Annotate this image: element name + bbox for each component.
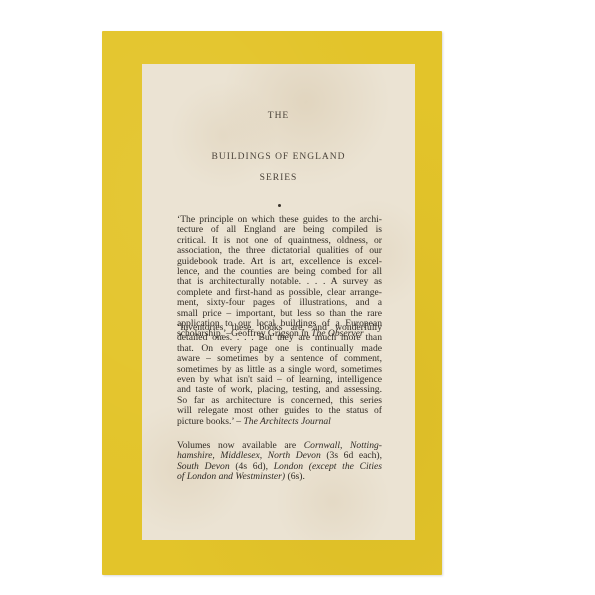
series-title-the: THE bbox=[142, 111, 415, 121]
price: (4s 6d), bbox=[230, 461, 274, 472]
volume-titles: of London and Westminster) bbox=[177, 471, 285, 482]
attribution-prefix: picture books.’ – bbox=[177, 416, 243, 427]
source-title: The Architects Journal bbox=[243, 416, 330, 427]
text-panel: THE BUILDINGS OF ENGLAND SERIES ‘The pri… bbox=[142, 64, 415, 540]
series-title-series: SERIES bbox=[142, 173, 415, 183]
price: (6s). bbox=[285, 471, 305, 482]
text-line: of London and Westminster) (6s). bbox=[177, 472, 382, 482]
volume-titles: South Devon bbox=[177, 461, 230, 472]
volumes-available: Volumes now available are Cornwall, Nott… bbox=[177, 441, 382, 483]
series-title-main: BUILDINGS OF ENGLAND bbox=[142, 152, 415, 162]
price: (3s 6d each), bbox=[321, 450, 382, 461]
volumes-intro: Volumes now available are bbox=[177, 440, 304, 451]
attribution-line: picture books.’ – The Architects Journal bbox=[177, 417, 382, 427]
volume-titles: Cornwall, Notting- bbox=[304, 440, 382, 451]
volume-titles: London (except the Cities bbox=[274, 461, 382, 472]
volume-titles: hamshire, Middlesex, North Devon bbox=[177, 450, 321, 461]
book-back-cover: THE BUILDINGS OF ENGLAND SERIES ‘The pri… bbox=[102, 31, 442, 575]
quote-architects-journal: ‘Inventories these books are, and wonder… bbox=[177, 323, 382, 427]
ornament-dot bbox=[278, 204, 281, 207]
